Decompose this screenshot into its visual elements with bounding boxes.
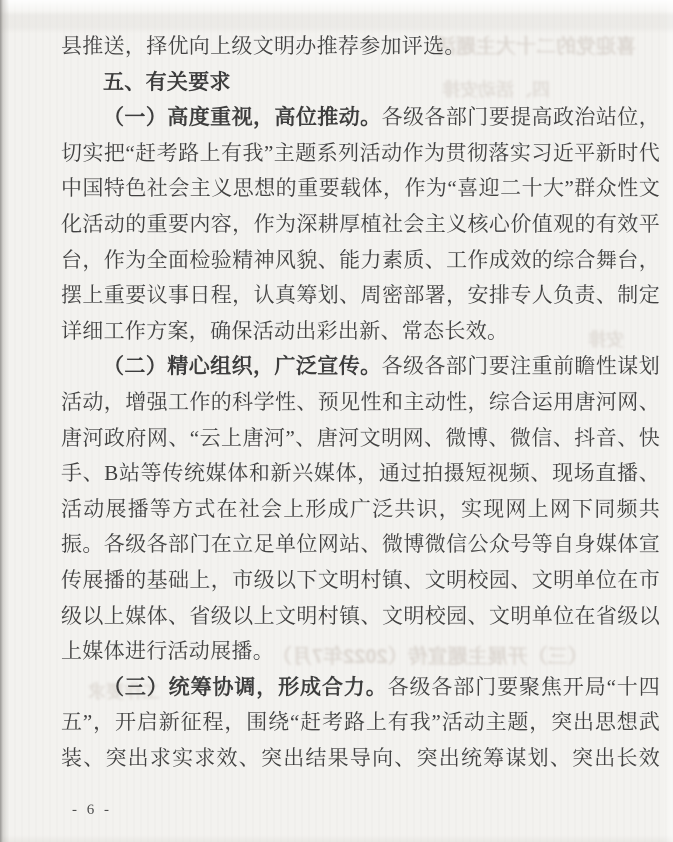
page-number: - 6 - — [72, 802, 112, 819]
paragraph-2: （二）精心组织，广泛宣传。各级各部门要注重前瞻性谋划活动，增强工作的科学性、预见… — [61, 349, 660, 669]
document-body: 县推送，择优向上级文明办推荐参加评选。 五、有关要求 （一）高度重视，高位推动。… — [61, 29, 660, 776]
paragraph-2-lead: （二）精心组织，广泛宣传。 — [103, 355, 382, 378]
paragraph-1-text: 各级各部门要提高政治站位，切实把“赶考路上有我”主题系列活动作为贯彻落实习近平新… — [61, 105, 660, 343]
paragraph-1: （一）高度重视，高位推动。各级各部门要提高政治站位，切实把“赶考路上有我”主题系… — [61, 100, 660, 349]
paragraph-3-lead: （三）统筹协调，形成合力。 — [103, 676, 388, 699]
scan-edge-shadow — [0, 0, 9, 842]
paragraph-2-text: 各级各部门要注重前瞻性谋划活动，增强工作的科学性、预见性和主动性，综合运用唐河网… — [61, 354, 660, 663]
paragraph-continuation: 县推送，择优向上级文明办推荐参加评选。 — [61, 29, 660, 65]
paragraph-3: （三）统筹协调，形成合力。各级各部门要聚焦开局“十四五”，开启新征程，围绕“赶考… — [61, 670, 660, 777]
section-heading: 五、有关要求 — [61, 65, 660, 101]
paragraph-1-lead: （一）高度重视，高位推动。 — [103, 106, 382, 129]
